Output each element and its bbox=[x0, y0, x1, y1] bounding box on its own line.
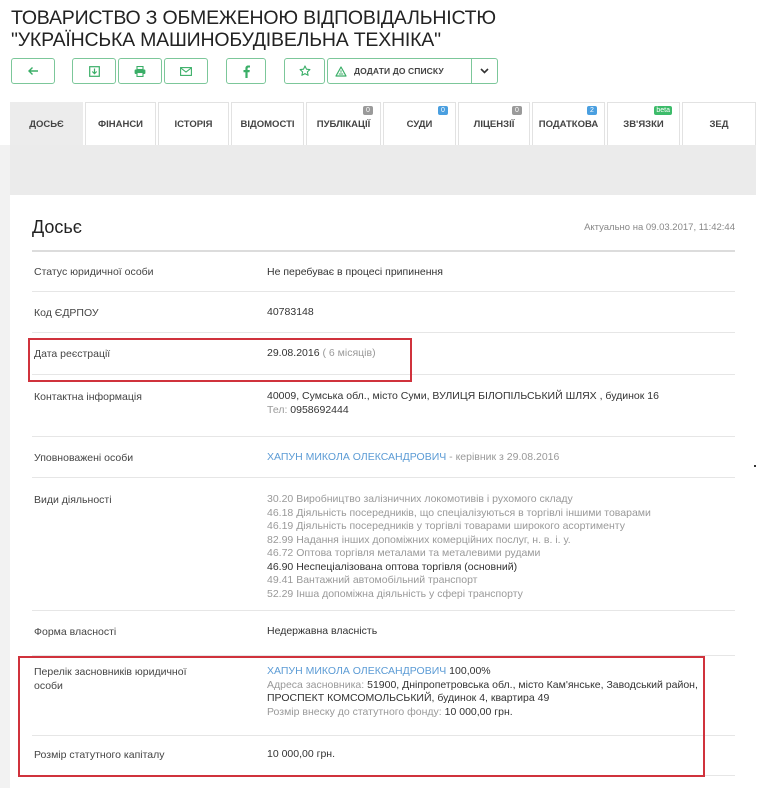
activity-item: 46.90 Неспеціалізована оптова торгівля (… bbox=[267, 561, 727, 575]
row-authorized: Уповноважені особи ХАПУН МИКОЛА ОЛЕКСАНД… bbox=[32, 437, 735, 478]
row-activities: Види діяльності 30.20 Виробництво залізн… bbox=[32, 478, 735, 611]
tab-content-header bbox=[10, 145, 756, 195]
contact-value: 40009, Сумська обл., місто Суми, ВУЛИЦЯ … bbox=[267, 390, 727, 417]
field-label: Код ЄДРПОУ bbox=[34, 306, 224, 320]
company-title: ТОВАРИСТВО З ОБМЕЖЕНОЮ ВІДПОВІДАЛЬНІСТЮ … bbox=[11, 7, 571, 51]
add-to-list-label: ДОДАТИ ДО СПИСКУ bbox=[354, 66, 444, 76]
activity-item: 46.72 Оптова торгівля металами та метале… bbox=[267, 547, 727, 561]
status-value: Не перебуває в процесі припинення bbox=[267, 266, 727, 280]
tab-badge: 0 bbox=[438, 106, 448, 115]
favorite-button[interactable] bbox=[284, 58, 325, 84]
tab-label: СУДИ bbox=[407, 119, 433, 130]
contribution-label: Розмір внеску до статутного фонду: bbox=[267, 706, 442, 718]
dossier-panel: Досьє Актуально на 09.03.2017, 11:42:44 … bbox=[10, 195, 756, 788]
chevron-down-icon bbox=[480, 68, 489, 74]
left-gutter bbox=[0, 145, 10, 788]
row-edrpou: Код ЄДРПОУ 40783148 bbox=[32, 292, 735, 333]
authorized-value: ХАПУН МИКОЛА ОЛЕКСАНДРОВИЧ - керівник з … bbox=[267, 451, 727, 465]
facebook-share-button[interactable] bbox=[226, 58, 266, 84]
panel-title: Досьє bbox=[32, 217, 82, 238]
field-label: Дата реєстрації bbox=[34, 347, 224, 361]
add-to-list-button[interactable]: ДОДАТИ ДО СПИСКУ bbox=[328, 59, 472, 83]
tab-10[interactable]: ЗЕД bbox=[682, 102, 756, 145]
tab-label: ФІНАНСИ bbox=[98, 119, 143, 130]
tab-badge: beta bbox=[654, 106, 672, 115]
activity-item: 49.41 Вантажний автомобільний транспорт bbox=[267, 574, 727, 588]
tab-label: ПУБЛІКАЦІЇ bbox=[317, 119, 371, 130]
row-registration: Дата реєстрації 29.08.2016 ( 6 місяців) bbox=[32, 333, 735, 375]
field-label: Уповноважені особи bbox=[34, 451, 224, 465]
stray-mark bbox=[754, 465, 756, 467]
tab-2[interactable]: ФІНАНСИ bbox=[85, 102, 156, 145]
section-tabs: ДОСЬЄФІНАНСИІСТОРІЯВІДОМОСТІПУБЛІКАЦІЇ0С… bbox=[10, 102, 756, 145]
field-label: Контактна інформація bbox=[34, 390, 224, 404]
tab-1[interactable]: ДОСЬЄ bbox=[10, 102, 83, 145]
tab-label: ІСТОРІЯ bbox=[174, 119, 212, 130]
activity-item: 52.29 Інша допоміжна діяльність у сфері … bbox=[267, 588, 727, 602]
tab-label: ВІДОМОСТІ bbox=[240, 119, 294, 130]
email-button[interactable] bbox=[164, 58, 208, 84]
updated-timestamp: Актуально на 09.03.2017, 11:42:44 bbox=[584, 222, 735, 233]
arrow-left-icon bbox=[27, 66, 39, 76]
download-button[interactable] bbox=[72, 58, 116, 84]
tab-label: ЗВ'ЯЗКИ bbox=[623, 119, 663, 130]
warning-triangle-icon bbox=[335, 66, 347, 77]
back-button[interactable] bbox=[11, 58, 55, 84]
tab-4[interactable]: ВІДОМОСТІ bbox=[231, 102, 304, 145]
authorized-role: - керівник з 29.08.2016 bbox=[446, 451, 559, 463]
tab-label: ЛІЦЕНЗІЇ bbox=[474, 119, 515, 130]
row-founders: Перелік засновників юридичної особи ХАПУ… bbox=[32, 656, 735, 736]
tab-8[interactable]: ПОДАТКОВА2 bbox=[532, 102, 605, 145]
row-status: Статус юридичної особи Не перебуває в пр… bbox=[32, 252, 735, 292]
founder-share: 100,00% bbox=[449, 665, 490, 677]
facebook-icon bbox=[243, 65, 250, 78]
tab-label: ДОСЬЄ bbox=[29, 119, 64, 130]
activities-list: 30.20 Виробництво залізничних локомотиві… bbox=[267, 493, 727, 601]
print-button[interactable] bbox=[118, 58, 162, 84]
contribution-value: 10 000,00 грн. bbox=[445, 706, 513, 718]
printer-icon bbox=[134, 66, 146, 77]
tab-6[interactable]: СУДИ0 bbox=[383, 102, 456, 145]
founder-address-label: Адреса засновника: bbox=[267, 679, 364, 691]
toolbar: ДОДАТИ ДО СПИСКУ bbox=[0, 58, 768, 84]
contact-address: 40009, Сумська обл., місто Суми, ВУЛИЦЯ … bbox=[267, 390, 727, 404]
tab-9[interactable]: ЗВ'ЯЗКИbeta bbox=[607, 102, 680, 145]
registration-date: 29.08.2016 bbox=[267, 347, 320, 359]
tab-badge: 0 bbox=[512, 106, 522, 115]
tab-7[interactable]: ЛІЦЕНЗІЇ0 bbox=[458, 102, 530, 145]
capital-value: 10 000,00 грн. bbox=[267, 748, 727, 762]
row-ownership: Форма власності Недержавна власність bbox=[32, 611, 735, 656]
add-to-list-dropdown[interactable] bbox=[472, 59, 497, 83]
row-capital: Розмір статутного капіталу 10 000,00 грн… bbox=[32, 736, 735, 776]
activity-item: 46.19 Діяльність посередників у торгівлі… bbox=[267, 520, 727, 534]
field-label: Розмір статутного капіталу bbox=[34, 748, 224, 762]
field-label: Види діяльності bbox=[34, 493, 224, 507]
add-to-list-control: ДОДАТИ ДО СПИСКУ bbox=[327, 58, 498, 84]
tab-label: ЗЕД bbox=[709, 119, 728, 130]
activity-item: 46.18 Діяльність посередників, що спеціа… bbox=[267, 507, 727, 521]
star-icon bbox=[299, 65, 311, 77]
field-label: Перелік засновників юридичної особи bbox=[34, 665, 209, 693]
authorized-person-link[interactable]: ХАПУН МИКОЛА ОЛЕКСАНДРОВИЧ bbox=[267, 451, 446, 463]
registration-age: ( 6 місяців) bbox=[322, 347, 375, 359]
activity-item: 82.99 Надання інших допоміжних комерційн… bbox=[267, 534, 727, 548]
ownership-value: Недержавна власність bbox=[267, 625, 727, 639]
tab-5[interactable]: ПУБЛІКАЦІЇ0 bbox=[306, 102, 381, 145]
tab-badge: 0 bbox=[363, 106, 373, 115]
edrpou-value: 40783148 bbox=[267, 306, 727, 320]
tab-badge: 2 bbox=[587, 106, 597, 115]
phone-number: 0958692444 bbox=[290, 404, 348, 416]
founders-value: ХАПУН МИКОЛА ОЛЕКСАНДРОВИЧ 100,00% Адрес… bbox=[267, 665, 707, 719]
tab-3[interactable]: ІСТОРІЯ bbox=[158, 102, 229, 145]
field-label: Статус юридичної особи bbox=[34, 265, 224, 279]
activity-item: 30.20 Виробництво залізничних локомотиві… bbox=[267, 493, 727, 507]
field-label: Форма власності bbox=[34, 625, 224, 639]
row-contact: Контактна інформація 40009, Сумська обл.… bbox=[32, 375, 735, 437]
download-icon bbox=[89, 66, 100, 77]
tab-label: ПОДАТКОВА bbox=[539, 119, 599, 130]
founder-name-link[interactable]: ХАПУН МИКОЛА ОЛЕКСАНДРОВИЧ bbox=[267, 665, 446, 677]
envelope-icon bbox=[180, 67, 192, 76]
registration-value: 29.08.2016 ( 6 місяців) bbox=[267, 347, 727, 361]
phone-label: Тел: bbox=[267, 404, 287, 416]
